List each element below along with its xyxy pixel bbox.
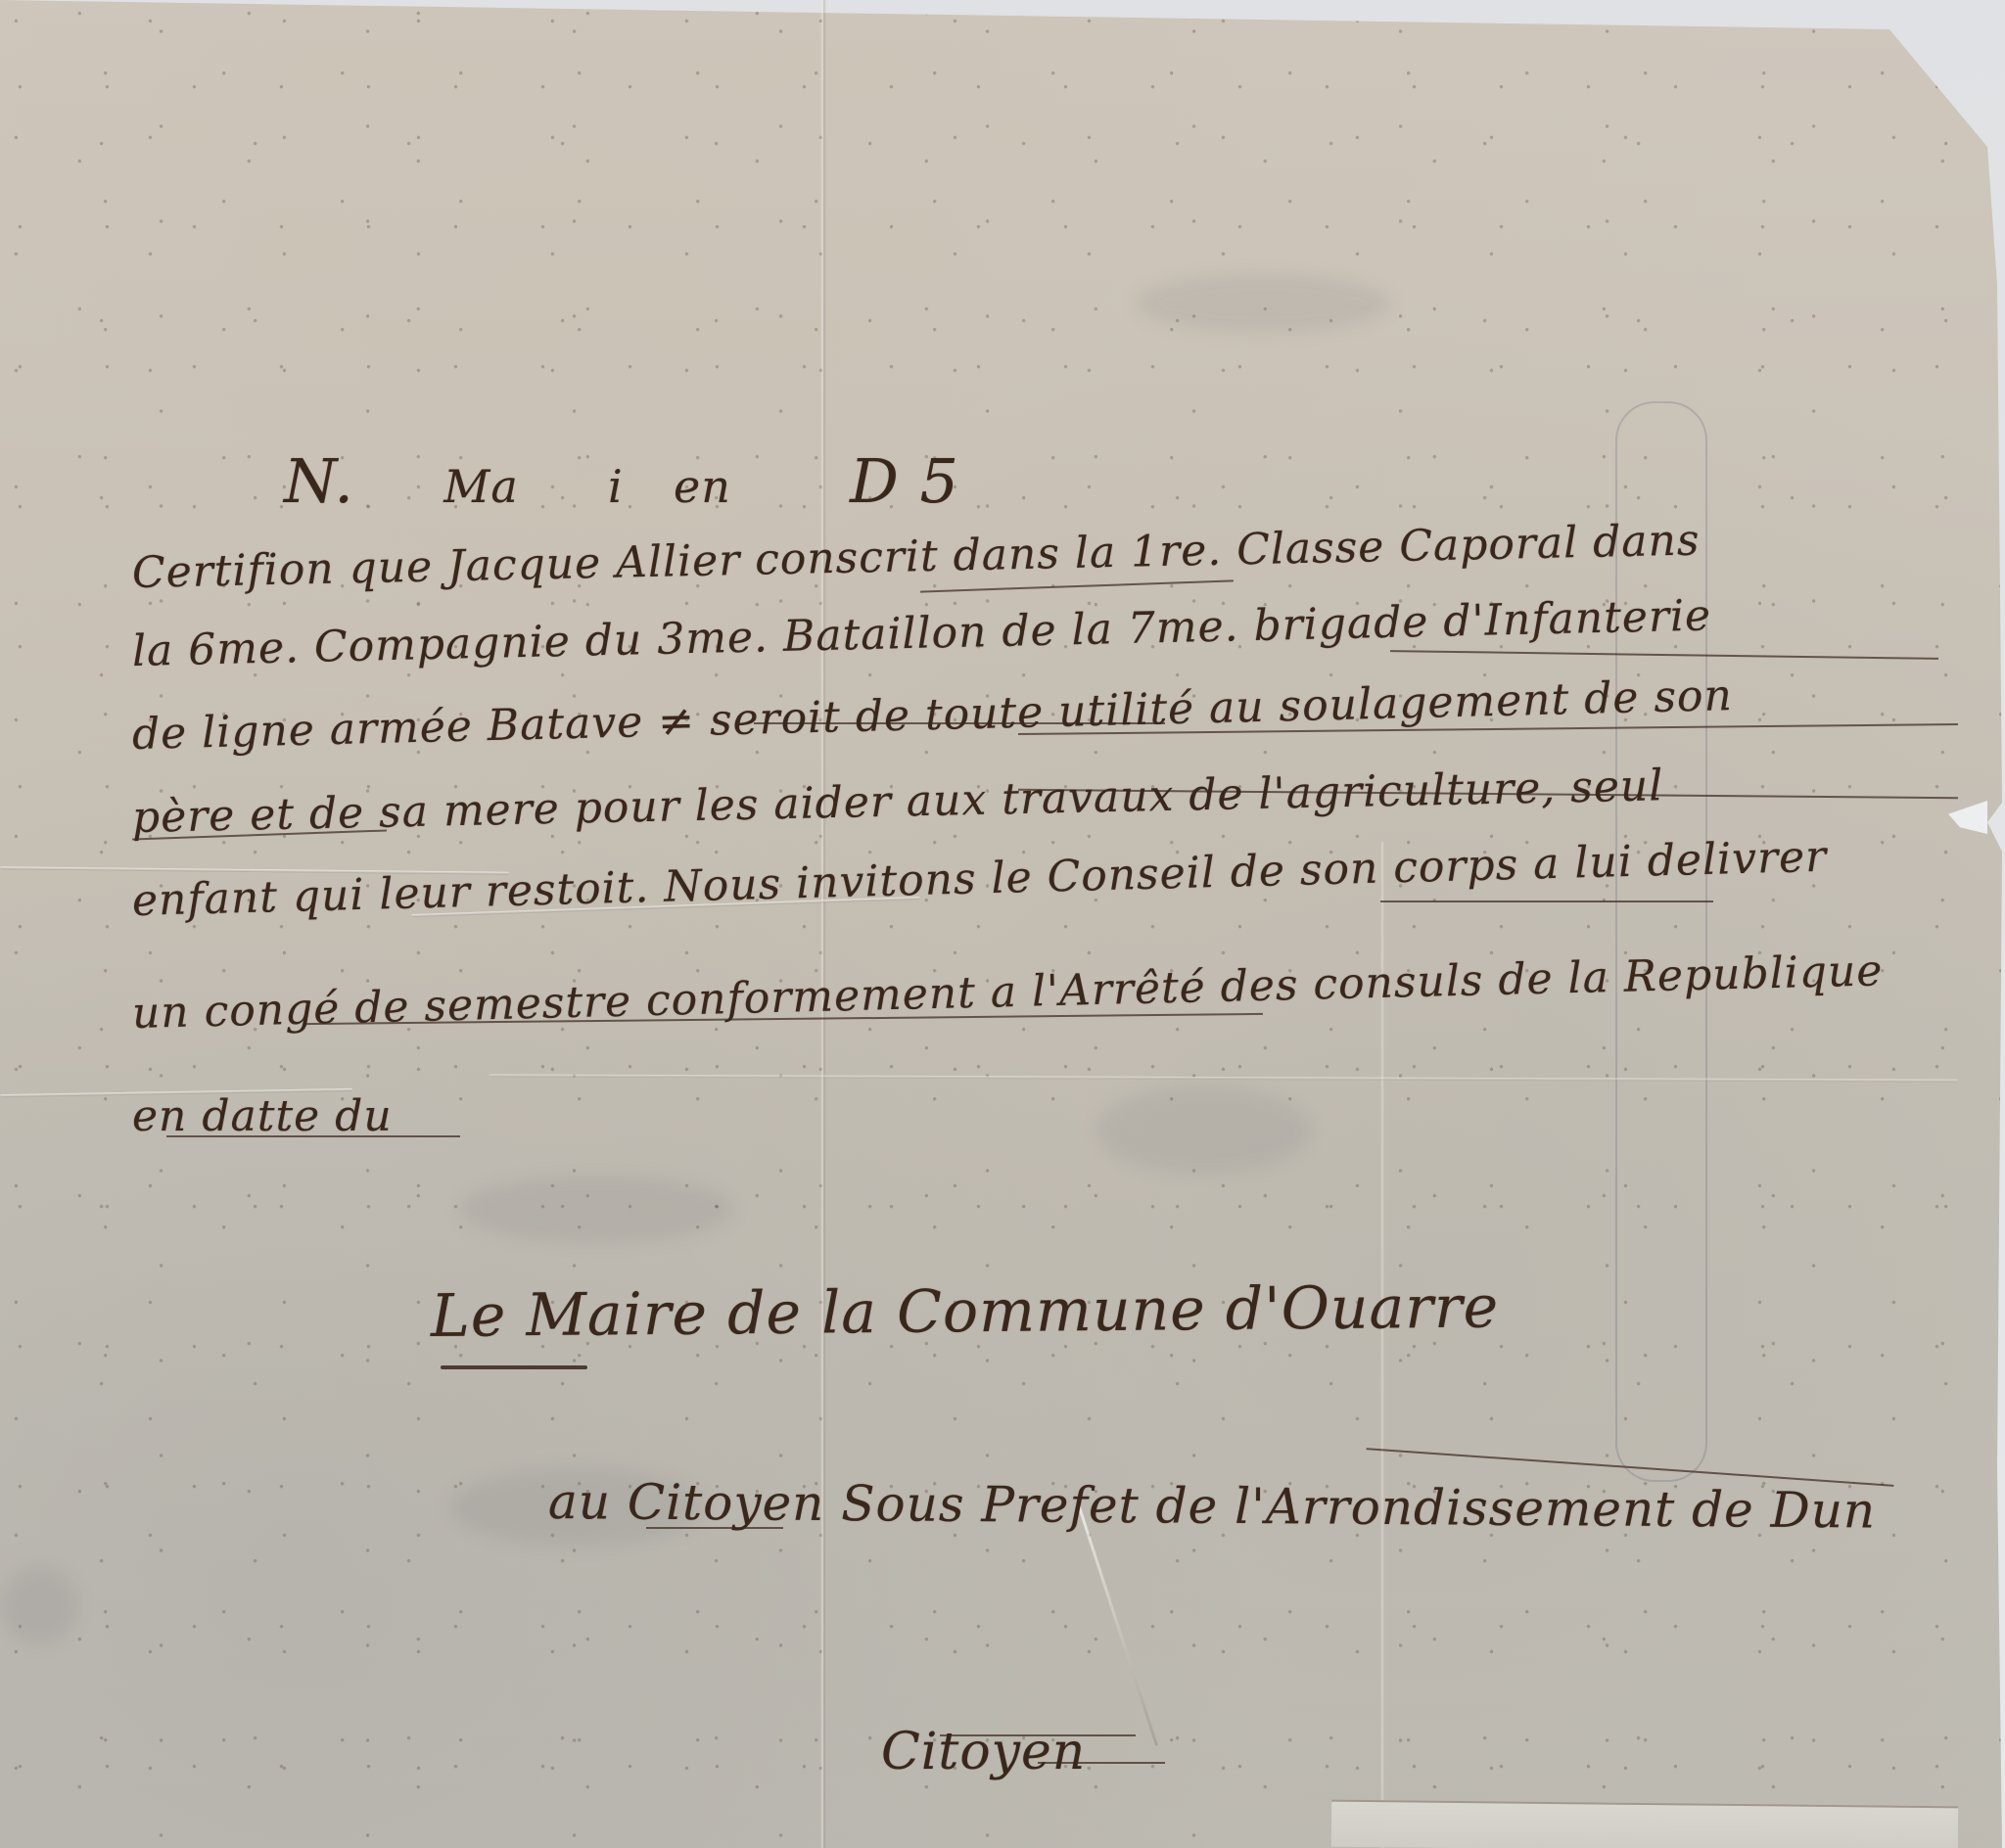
header-prefix: N. <box>284 445 354 517</box>
flourish-stroke <box>940 1734 1136 1736</box>
header-word: en <box>674 460 731 513</box>
flourish-stroke <box>754 722 1165 724</box>
flourish-stroke <box>166 1135 460 1137</box>
ink-show-through <box>460 1175 734 1243</box>
ink-show-through <box>1096 1086 1312 1175</box>
flourish-stroke <box>1038 1762 1165 1764</box>
flourish-stroke <box>1380 901 1713 902</box>
body-line-7: en datte du <box>132 1091 393 1141</box>
header-word: Ma <box>443 460 519 513</box>
signature-flourish <box>441 1365 587 1369</box>
center-fold <box>820 0 826 1848</box>
header-word: i <box>608 460 624 513</box>
photo-scene: N. Ma i en D 5 Certifion que Jacque Alli… <box>0 0 2005 1848</box>
header-suffix: D 5 <box>850 445 959 517</box>
signature-line: Le Maire de la Commune d'Ouarre <box>431 1272 1500 1351</box>
header-line: N. Ma i en D 5 <box>284 445 959 517</box>
paper-patch <box>1331 1800 1958 1848</box>
salutation: Citoyen <box>881 1723 1086 1781</box>
ink-show-through <box>0 1566 78 1644</box>
address-line: au Citoyen Sous Prefet de l'Arrondisseme… <box>548 1473 1877 1539</box>
ink-show-through <box>1136 274 1390 333</box>
flourish-stroke <box>646 1527 783 1529</box>
